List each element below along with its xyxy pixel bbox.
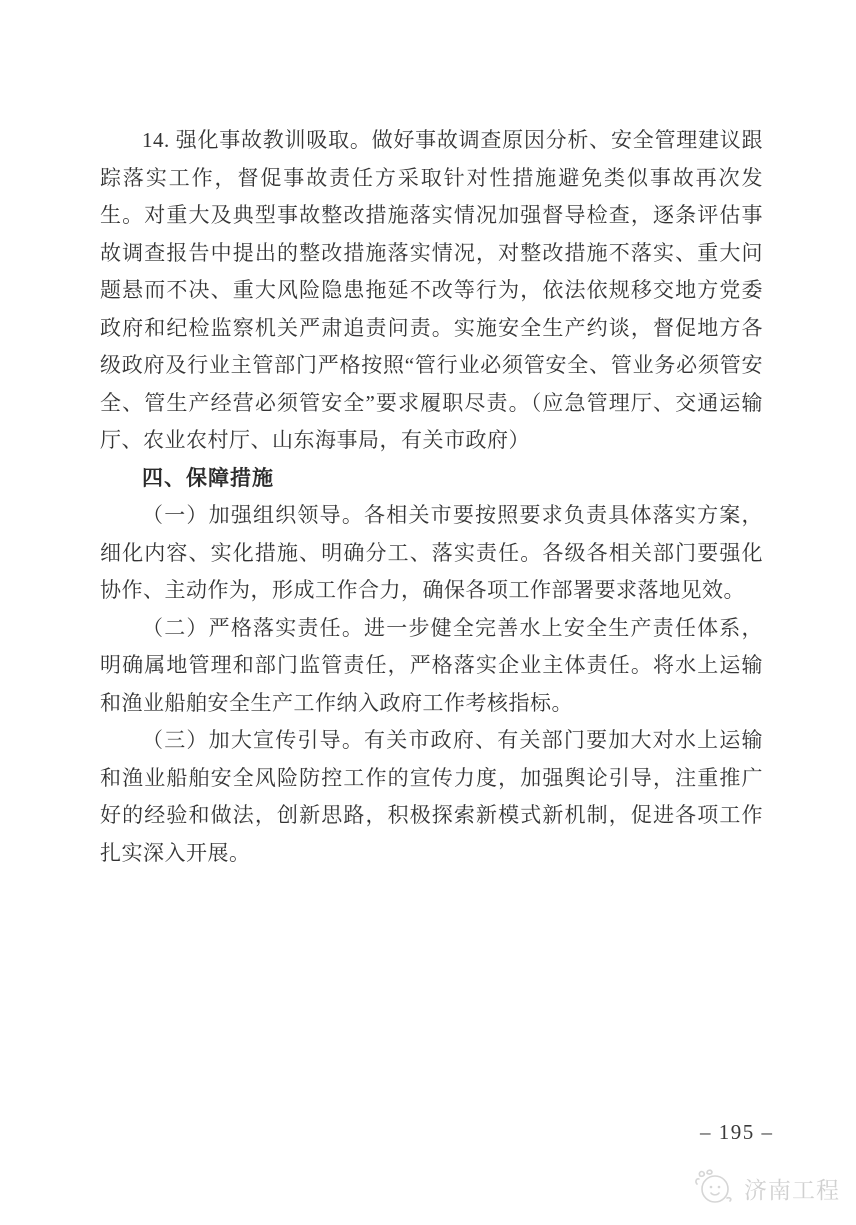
- watermark: 济南工程: [693, 1168, 840, 1208]
- document-page: 14. 强化事故教训吸取。做好事故调查原因分析、安全管理建议跟踪落实工作，督促事…: [0, 0, 856, 1225]
- section-heading: 四、保障措施: [100, 460, 763, 498]
- item-2-paragraph: （二）严格落实责任。进一步健全完善水上安全生产责任体系，明确属地管理和部门监管责…: [100, 610, 763, 723]
- item-3-paragraph: （三）加大宣传引导。有关市政府、有关部门要加大对水上运输和渔业船舶安全风险防控工…: [100, 722, 763, 872]
- watermark-text: 济南工程: [744, 1172, 840, 1205]
- paragraph-14: 14. 强化事故教训吸取。做好事故调查原因分析、安全管理建议跟踪落实工作，督促事…: [100, 122, 763, 460]
- item-1-paragraph: （一）加强组织领导。各相关市要按照要求负责具体落实方案，细化内容、实化措施、明确…: [100, 497, 763, 610]
- page-number: – 195 –: [700, 1120, 774, 1145]
- document-body: 14. 强化事故教训吸取。做好事故调查原因分析、安全管理建议跟踪落实工作，督促事…: [100, 122, 763, 872]
- mascot-face-icon: [693, 1168, 739, 1208]
